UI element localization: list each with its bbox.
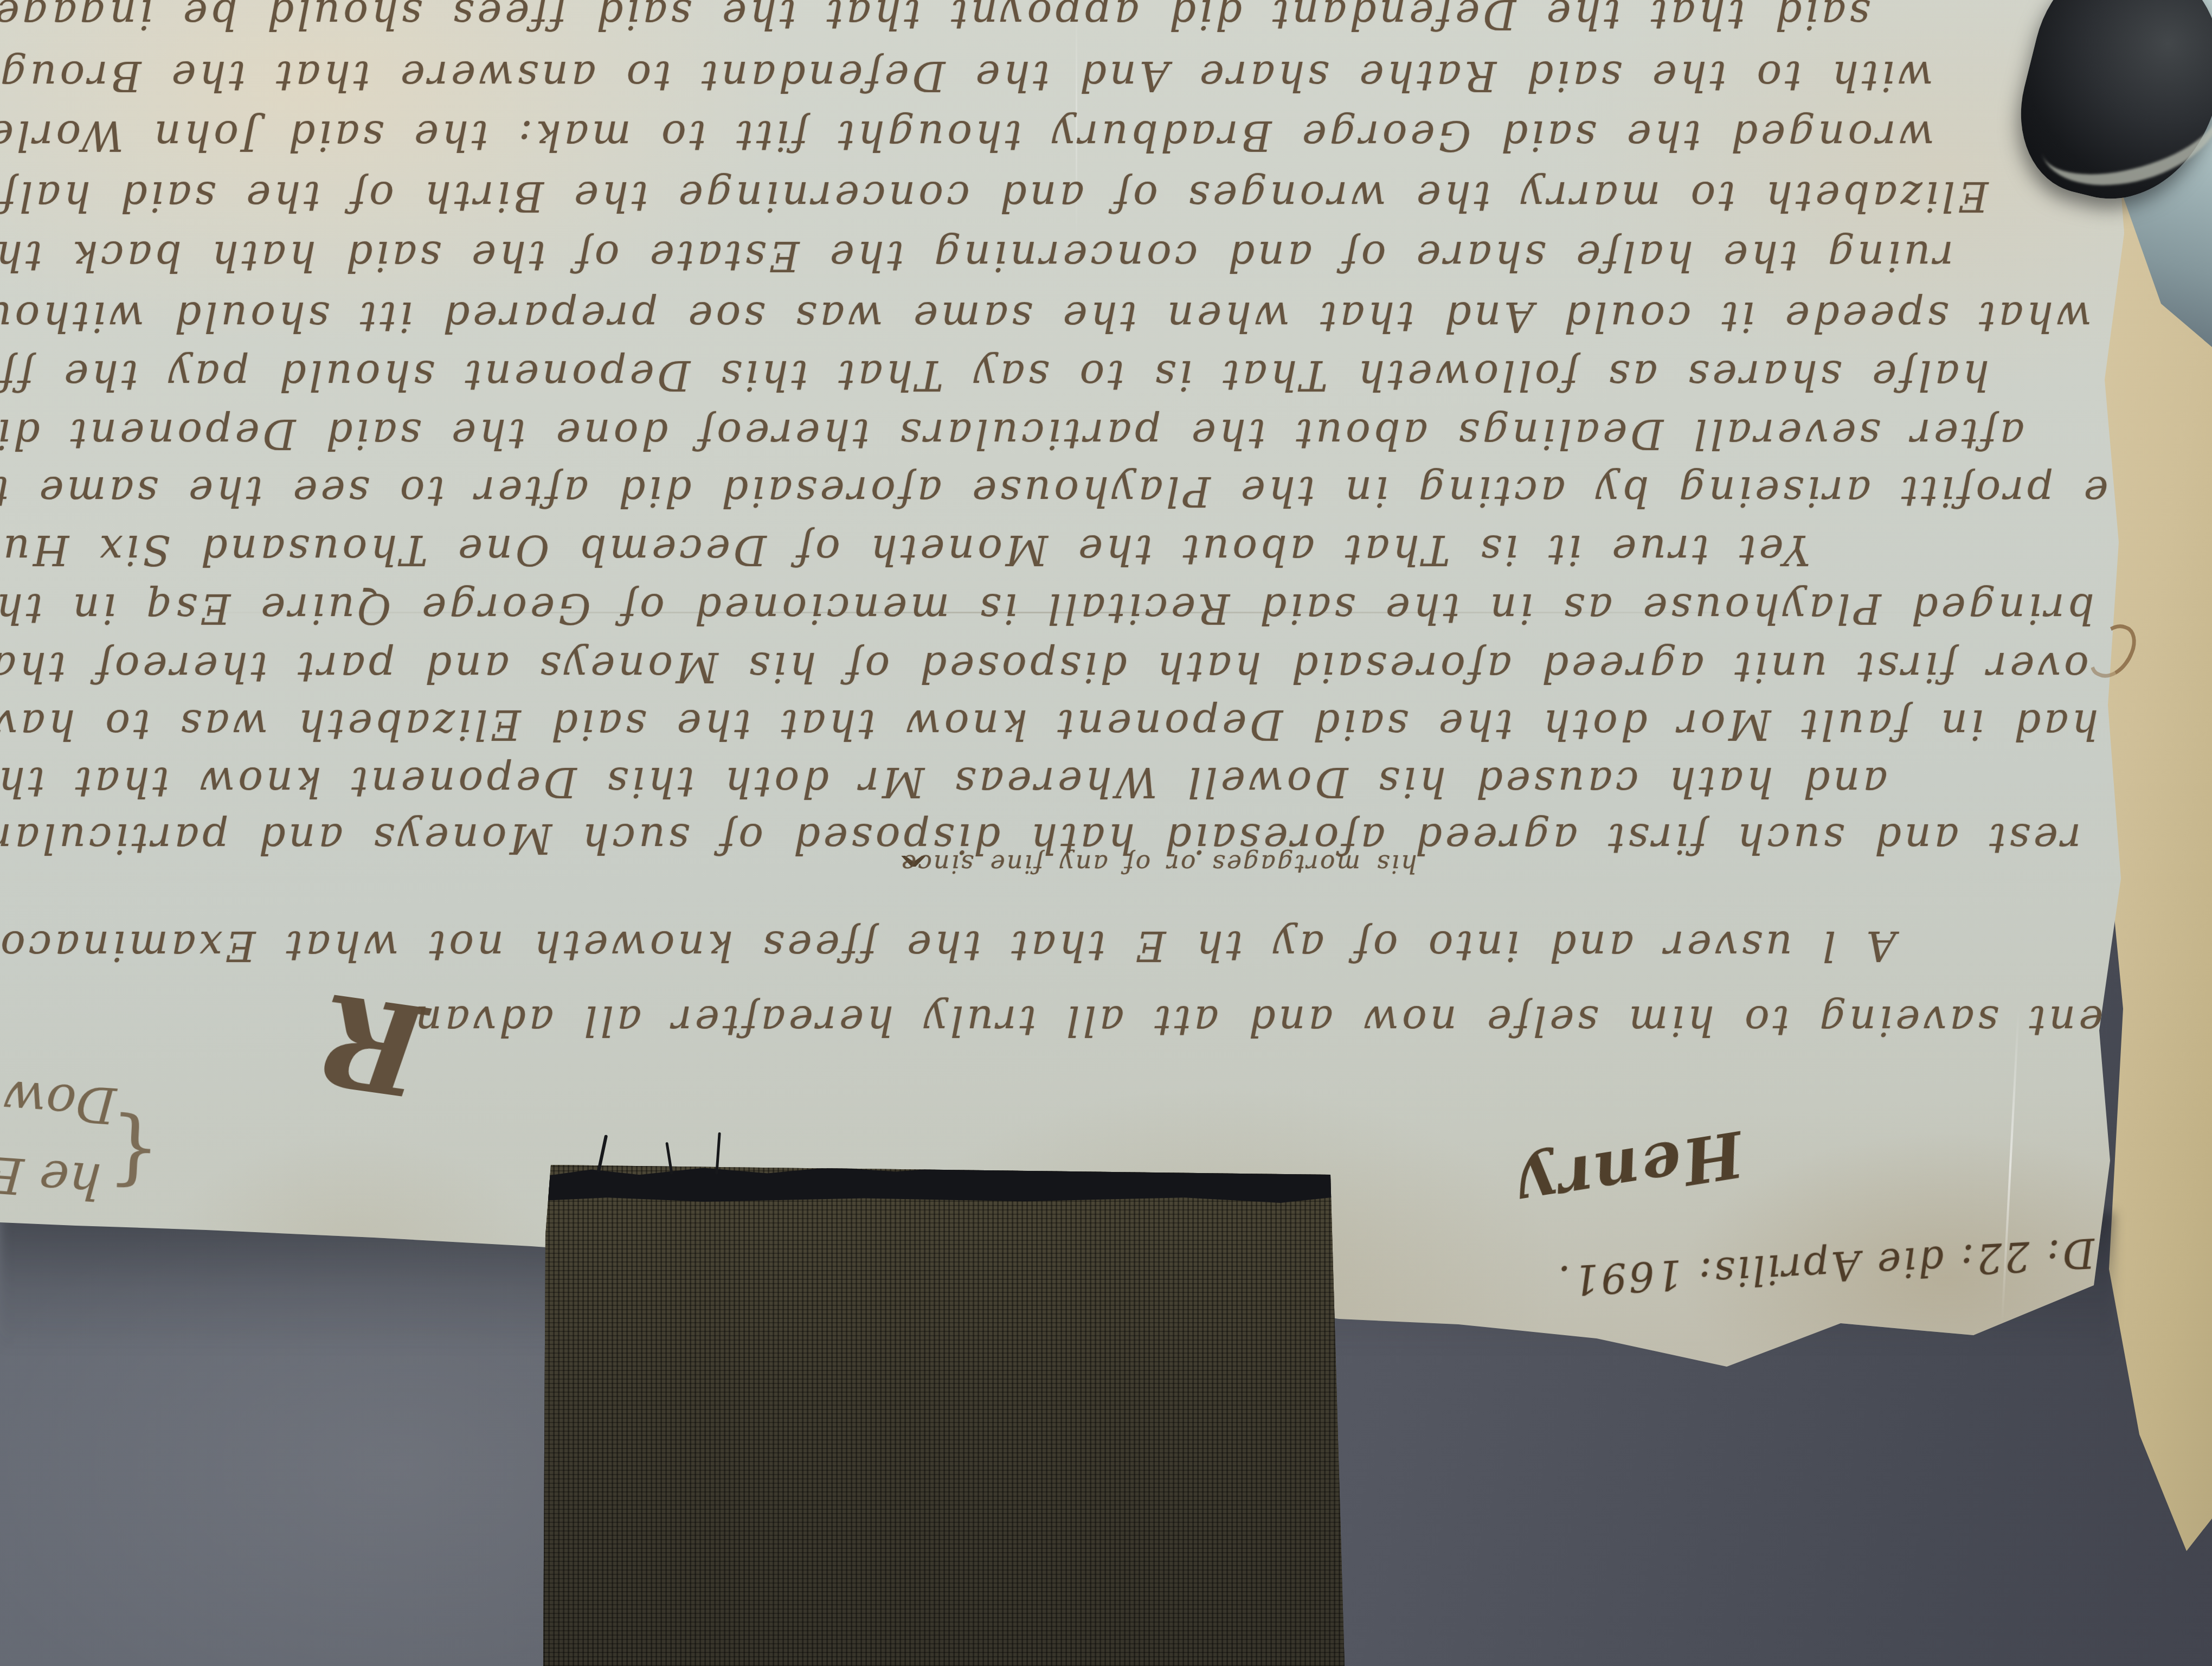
- manuscript-line: Elizabeth to marry the wronges of and co…: [0, 172, 1989, 221]
- fabric-book-weight: [543, 1165, 1345, 1666]
- manuscript-line: bringed Playhouse as in the said Recital…: [0, 585, 2094, 633]
- manuscript-line: Yet true it is That about the Moneth of …: [0, 526, 1810, 574]
- corner-brace: {: [106, 1105, 163, 1202]
- interlined-insertion: his mortgages or of any fine since: [900, 849, 1417, 879]
- manuscript-line: said that the Defendant did appoynt that…: [0, 0, 1870, 39]
- manuscript-line: with to the said Rathe share And the Def…: [0, 52, 1933, 100]
- jurat-date-line: D: 22: die Aprilis: 1691.: [1555, 1229, 2095, 1304]
- corner-mark-lower: he E: [0, 1145, 103, 1210]
- manuscript-line: wronged the said George Bradbury thought…: [0, 112, 1934, 160]
- manuscript-line: had in fault Mor doth the said Deponent …: [0, 701, 2098, 749]
- jurat-signature: Henry: [1514, 1116, 1748, 1224]
- manuscript-line: what speede it could And that when the s…: [0, 293, 2092, 341]
- manuscript-line: after severall Dealings about the partic…: [0, 410, 2024, 458]
- manuscript-line: A l usver and into of ay th E that the f…: [0, 922, 1896, 970]
- manuscript-line: the profitt ariseing by acting in the Pl…: [0, 467, 2158, 516]
- photo-of-manuscript: said that the Defendant did appoynt that…: [0, 0, 2212, 1666]
- manuscript-line: ruing the halfe share of and concerning …: [0, 232, 1953, 280]
- manuscript-line: and hath caused his Dowell Whereas Mr do…: [0, 758, 1887, 806]
- corner-mark-upper: Dow: [2, 1069, 118, 1135]
- manuscript-line: halfe shares as followeth That is to say…: [0, 351, 1989, 400]
- manuscript-line: over first unit agreed aforesaid hath di…: [0, 643, 2089, 691]
- final-paragraph-line: This Deponent saveing to him selfe now a…: [412, 997, 2212, 1045]
